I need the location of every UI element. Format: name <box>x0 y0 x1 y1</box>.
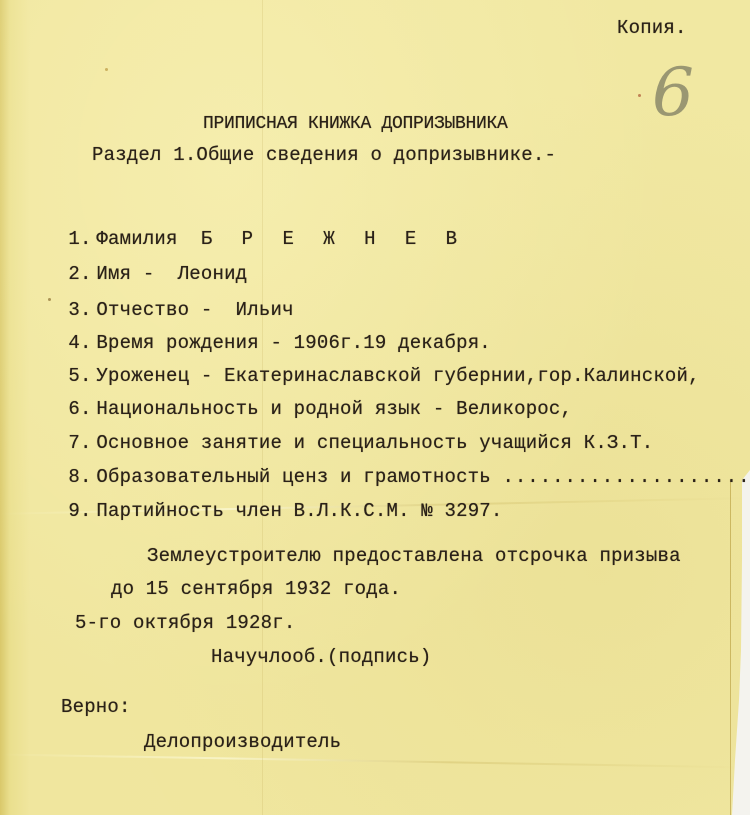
paper-stain <box>105 68 108 71</box>
signature-line: Начучлооб.(подпись) <box>211 648 431 667</box>
document-page: Копия. 6 ПРИПИСНАЯ КНИЖКА ДОПРИЗЫВНИКА Р… <box>0 0 750 815</box>
torn-edge <box>730 480 750 815</box>
field-party-membership: 9.Партийность член В.Л.К.С.М. № 3297. <box>22 483 503 540</box>
deferment-date: до 15 сентября 1932 года. <box>111 580 401 599</box>
field-number: 9. <box>68 502 96 521</box>
issue-date: 5-го октября 1928г. <box>75 614 295 633</box>
deferment-text: Землеустроителю предоставлена отсрочка п… <box>147 547 681 566</box>
clerk-label: Делопроизводитель <box>144 733 341 752</box>
field-value: ....................... <box>503 466 750 488</box>
copy-label: Копия. <box>617 19 687 38</box>
paper-stain <box>638 94 641 97</box>
section-title: Раздел 1.Общие сведения о допризывнике.- <box>92 146 556 165</box>
verified-label: Верно: <box>61 698 131 717</box>
document-title: ПРИПИСНАЯ КНИЖКА ДОПРИЗЫВНИКА <box>203 115 508 133</box>
pencil-page-number: 6 <box>652 60 694 126</box>
paper-fold-horizontal-lower <box>0 753 750 768</box>
field-value: член В.Л.К.С.М. № 3297. <box>236 500 503 522</box>
field-label: Партийность <box>96 500 224 522</box>
